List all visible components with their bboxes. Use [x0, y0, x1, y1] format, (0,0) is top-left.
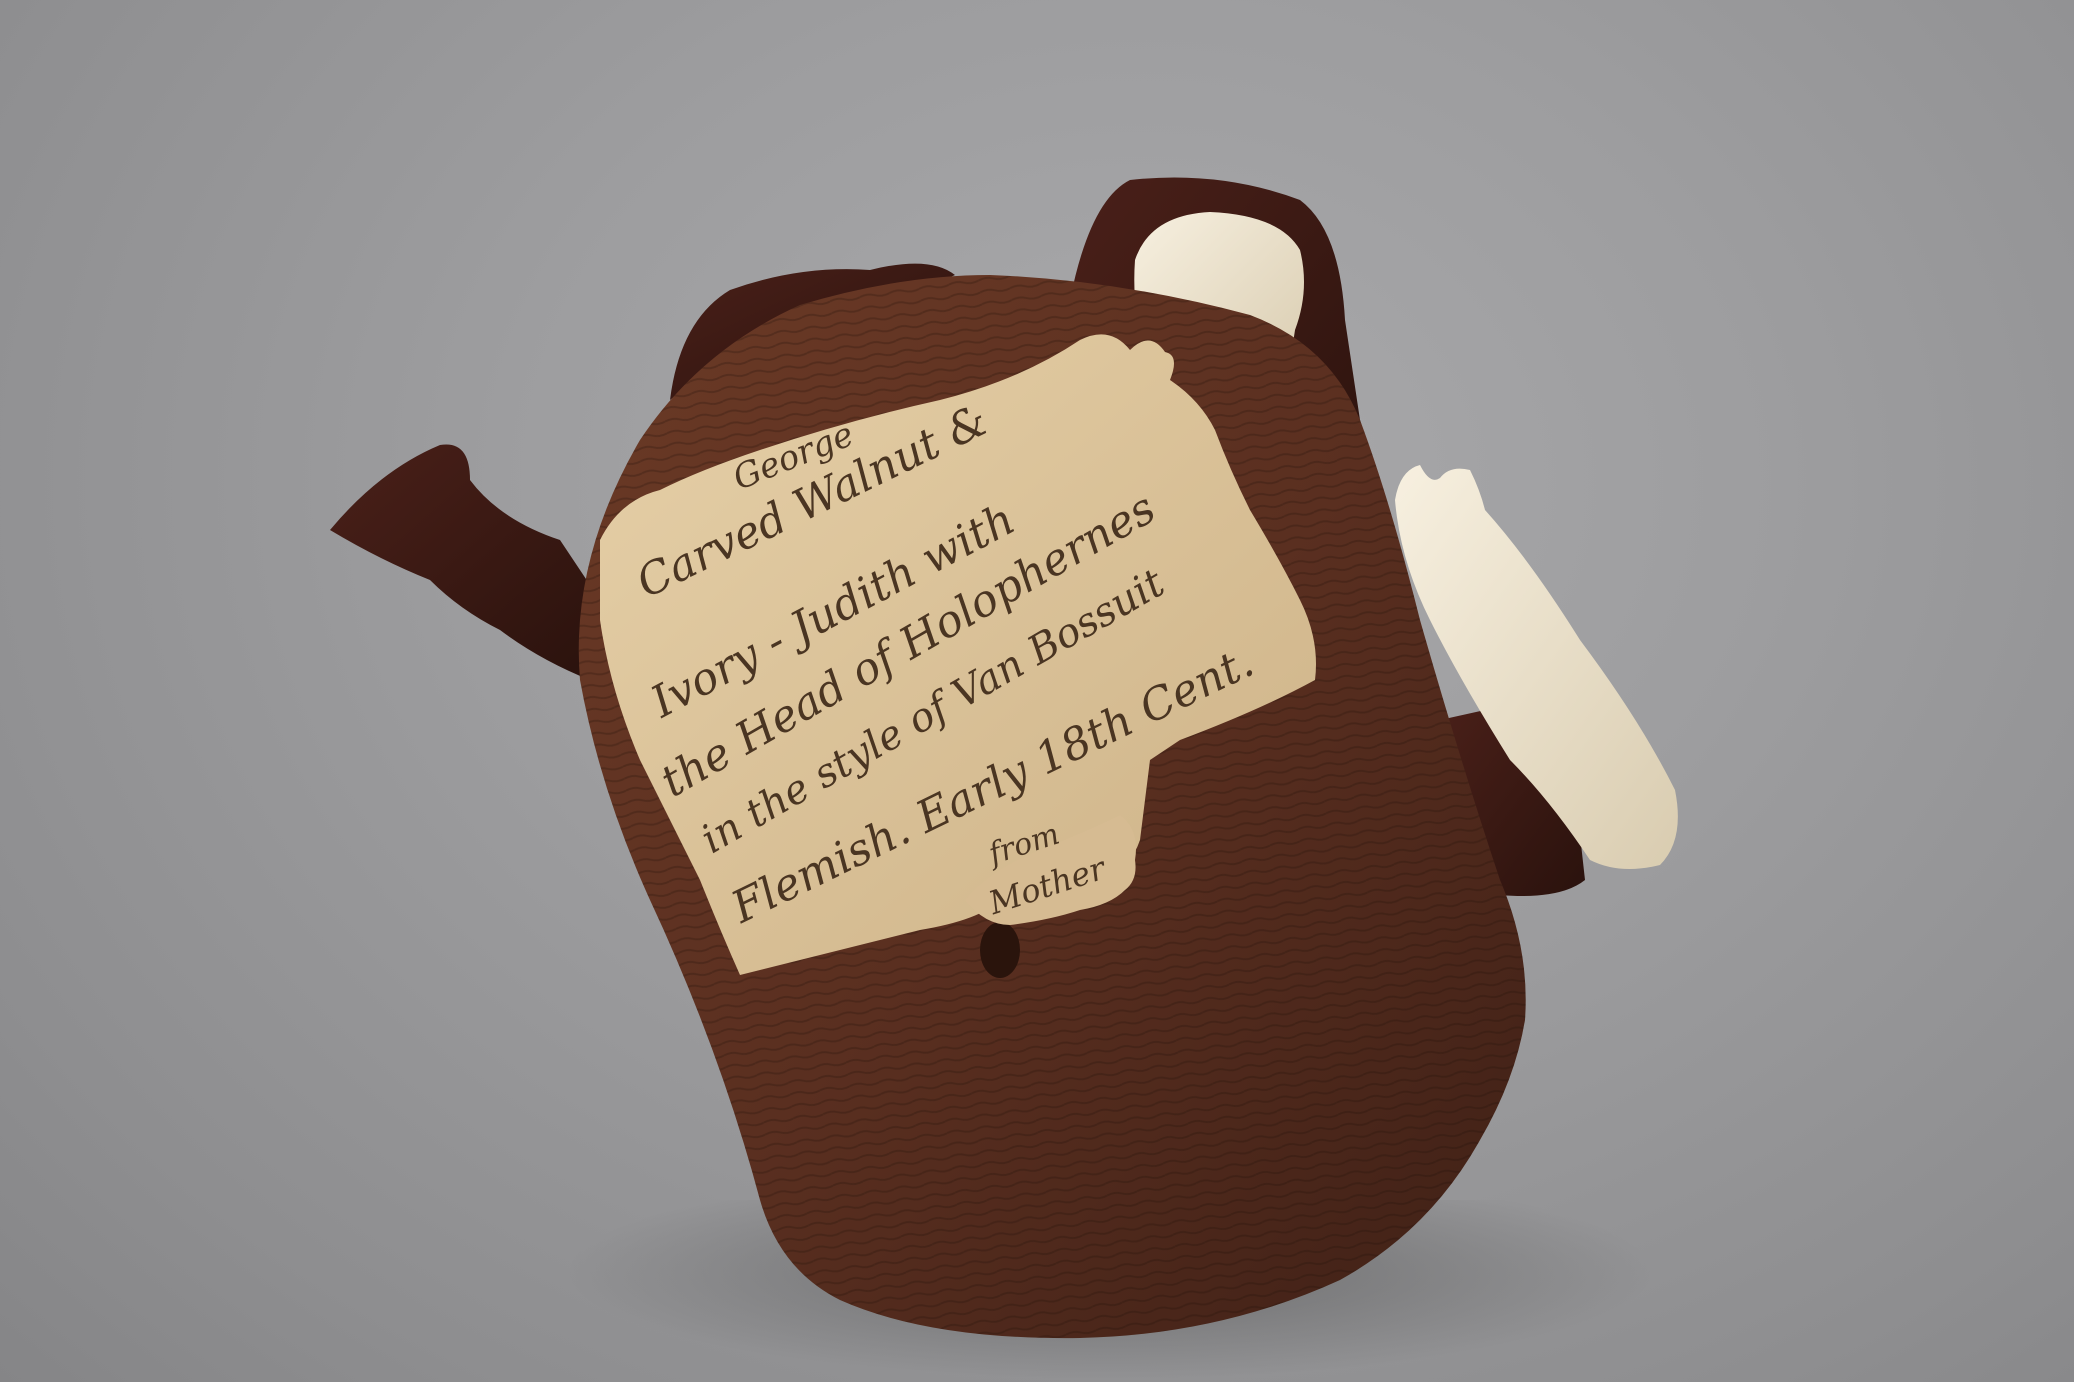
photograph: George Carved Walnut & Ivory - Judith wi… [0, 0, 2074, 1382]
label-handwriting: George Carved Walnut & Ivory - Judith wi… [0, 0, 2074, 1382]
